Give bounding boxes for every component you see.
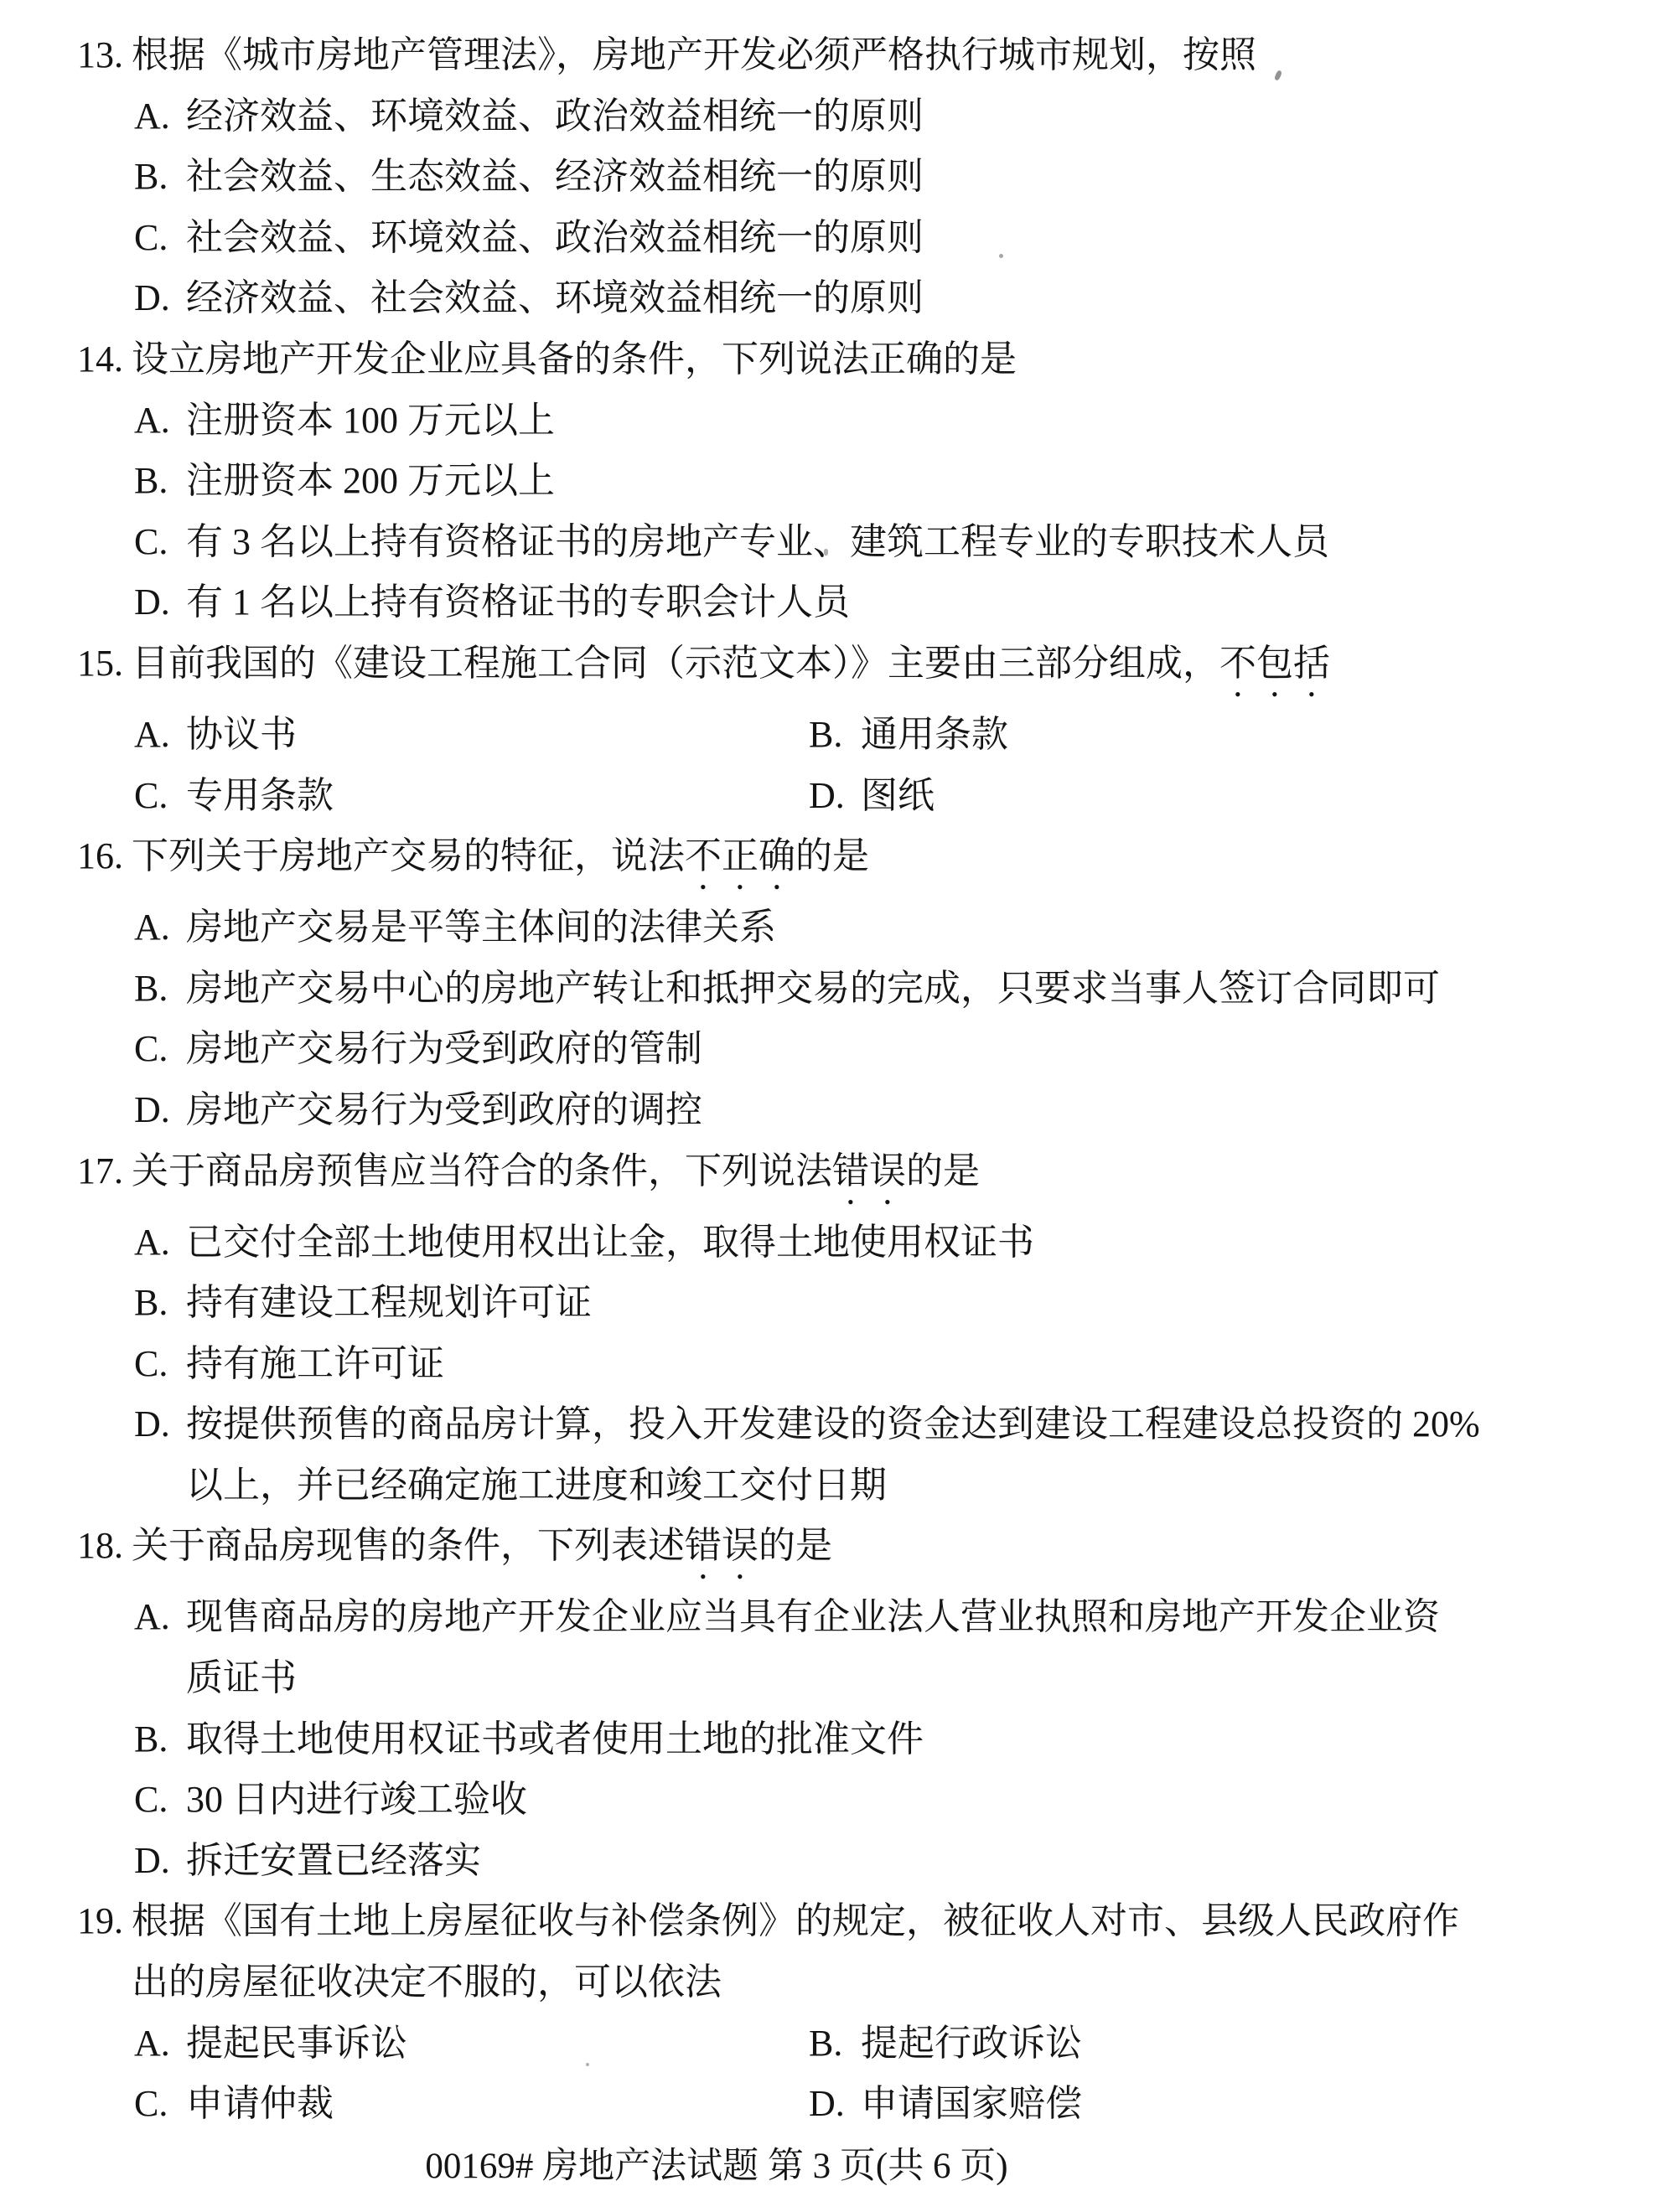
option-line: 30 日内进行竣工验收 — [186, 1779, 527, 1820]
option-line: 协议书 — [186, 714, 297, 755]
option-text: 专用条款 — [186, 766, 809, 827]
option-text: 房地产交易是平等主体间的法律关系 — [186, 897, 1662, 959]
question-stem-row: 14.设立房地产开发企业应具备的条件，下列说法正确的是 — [0, 329, 1662, 390]
option-line: 取得土地使用权证书或者使用土地的批准文件 — [186, 1718, 924, 1760]
questions: 13.根据《城市房地产管理法》，房地产开发必须严格执行城市规划，按照A.经济效益… — [0, 25, 1662, 2135]
option-text: 图纸 — [861, 766, 1662, 827]
option-text: 提起行政诉讼 — [861, 2013, 1662, 2075]
question-stem-row: 19.根据《国有土地上房屋征收与补偿条例》的规定，被征收人对市、县级人民政府作出… — [0, 1891, 1662, 2013]
option-label: D. — [134, 1831, 186, 1892]
question-block: 15.目前我国的《建设工程施工合同（示范文本）》主要由三部分组成，不包括A.协议… — [0, 633, 1662, 826]
option-line: 注册资本 100 万元以上 — [186, 400, 555, 441]
option-row: D.图纸 — [809, 766, 1662, 827]
option-text: 取得土地使用权证书或者使用土地的批准文件 — [186, 1709, 1662, 1770]
option-label: D. — [134, 572, 186, 633]
options-list: A.协议书B.通用条款C.专用条款D.图纸 — [0, 705, 1662, 826]
option-line: 房地产交易行为受到政府的调控 — [186, 1089, 702, 1130]
question-stem: 关于商品房预售应当符合的条件，下列说法错误的是 — [132, 1141, 1662, 1212]
option-text: 房地产交易行为受到政府的管制 — [186, 1019, 1662, 1080]
option-line: 专用条款 — [186, 775, 334, 816]
option-label: A. — [134, 897, 186, 959]
option-line: 房地产交易行为受到政府的管制 — [186, 1028, 702, 1069]
question-block: 18.关于商品房现售的条件，下列表述错误的是A.现售商品房的房地产开发企业应当具… — [0, 1516, 1662, 1891]
option-row: B.取得土地使用权证书或者使用土地的批准文件 — [0, 1709, 1662, 1770]
scan-speck — [586, 2063, 589, 2066]
option-text: 申请仲裁 — [186, 2074, 809, 2135]
option-label: A. — [134, 1587, 186, 1648]
options-list: A.已交付全部土地使用权出让金，取得土地使用权证书B.持有建设工程规划许可证C.… — [0, 1212, 1662, 1517]
option-line: 有 1 名以上持有资格证书的专职会计人员 — [186, 581, 850, 623]
exam-page: 13.根据《城市房地产管理法》，房地产开发必须严格执行城市规划，按照A.经济效益… — [0, 0, 1662, 2212]
page-footer: 00169# 房地产法试题 第 3 页(共 6 页) — [0, 2137, 1433, 2198]
question-number: 16. — [77, 826, 132, 887]
question-stem: 关于商品房现售的条件，下列表述错误的是 — [132, 1516, 1662, 1587]
option-label: B. — [134, 1273, 186, 1334]
option-row: A.提起民事诉讼 — [0, 2013, 809, 2075]
question-number: 13. — [77, 25, 132, 86]
option-label: A. — [134, 86, 186, 147]
option-line: 注册资本 200 万元以上 — [186, 460, 555, 501]
option-text: 已交付全部土地使用权出让金，取得土地使用权证书 — [186, 1212, 1662, 1274]
option-row: D.有 1 名以上持有资格证书的专职会计人员 — [0, 572, 1662, 633]
option-row: B.通用条款 — [809, 705, 1662, 766]
scan-speck — [999, 254, 1003, 258]
option-text: 现售商品房的房地产开发企业应当具有企业法人营业执照和房地产开发企业资质证书 — [186, 1587, 1662, 1708]
option-line: 提起民事诉讼 — [186, 2023, 407, 2064]
option-text: 30 日内进行竣工验收 — [186, 1770, 1662, 1831]
question-stem-row: 13.根据《城市房地产管理法》，房地产开发必须严格执行城市规划，按照 — [0, 25, 1662, 86]
option-pair: C.专用条款D.图纸 — [0, 766, 1662, 827]
stem-segment: 不包括 — [1219, 643, 1330, 684]
option-text: 按提供预售的商品房计算，投入开发建设的资金达到建设工程建设总投资的 20%以上，… — [186, 1394, 1662, 1516]
option-label: D. — [809, 2074, 861, 2135]
option-row: C.30 日内进行竣工验收 — [0, 1770, 1662, 1831]
question-block: 16.下列关于房地产交易的特征，说法不正确的是A.房地产交易是平等主体间的法律关… — [0, 826, 1662, 1140]
question-stem-row: 18.关于商品房现售的条件，下列表述错误的是 — [0, 1516, 1662, 1587]
stem-segment: 不正确 — [685, 835, 795, 876]
question-stem: 根据《国有土地上房屋征收与补偿条例》的规定，被征收人对市、县级人民政府作出的房屋… — [132, 1891, 1662, 2013]
option-label: D. — [134, 268, 186, 329]
option-label: B. — [809, 705, 861, 766]
option-label: D. — [809, 766, 861, 827]
question-stem-row: 16.下列关于房地产交易的特征，说法不正确的是 — [0, 826, 1662, 897]
stem-segment: 出的房屋征收决定不服的，可以依法 — [132, 1961, 722, 2003]
options-list: A.注册资本 100 万元以上B.注册资本 200 万元以上C.有 3 名以上持… — [0, 390, 1662, 633]
option-row: A.现售商品房的房地产开发企业应当具有企业法人营业执照和房地产开发企业资质证书 — [0, 1587, 1662, 1708]
option-label: A. — [134, 2013, 186, 2075]
option-label: D. — [134, 1080, 186, 1141]
question-number: 15. — [77, 633, 132, 695]
question-stem-row: 17.关于商品房预售应当符合的条件，下列说法错误的是 — [0, 1141, 1662, 1212]
option-label: C. — [134, 2074, 186, 2135]
options-list: A.经济效益、环境效益、政治效益相统一的原则B.社会效益、生态效益、经济效益相统… — [0, 86, 1662, 329]
option-text: 经济效益、社会效益、环境效益相统一的原则 — [186, 268, 1662, 329]
option-row: C.持有施工许可证 — [0, 1334, 1662, 1395]
option-text: 持有施工许可证 — [186, 1334, 1662, 1395]
option-text: 协议书 — [186, 705, 809, 766]
option-text: 房地产交易行为受到政府的调控 — [186, 1080, 1662, 1141]
option-row: C.有 3 名以上持有资格证书的房地产专业、建筑工程专业的专职技术人员 — [0, 512, 1662, 573]
question-number: 18. — [77, 1516, 132, 1577]
option-row: B.提起行政诉讼 — [809, 2013, 1662, 2075]
option-row: B.持有建设工程规划许可证 — [0, 1273, 1662, 1334]
option-row: A.经济效益、环境效益、政治效益相统一的原则 — [0, 86, 1662, 147]
stem-segment: 的是 — [906, 1150, 980, 1191]
question-stem: 目前我国的《建设工程施工合同（示范文本）》主要由三部分组成，不包括 — [132, 633, 1662, 705]
option-line: 提起行政诉讼 — [861, 2023, 1082, 2064]
option-label: C. — [134, 1334, 186, 1395]
option-pair: A.协议书B.通用条款 — [0, 705, 1662, 766]
option-label: C. — [134, 1770, 186, 1831]
question-number: 14. — [77, 329, 132, 390]
option-line: 申请国家赔偿 — [861, 2083, 1082, 2124]
option-text: 通用条款 — [861, 705, 1662, 766]
question-number: 19. — [77, 1891, 132, 1952]
option-row: D.房地产交易行为受到政府的调控 — [0, 1080, 1662, 1141]
option-line: 经济效益、社会效益、环境效益相统一的原则 — [186, 277, 924, 318]
option-row: B.注册资本 200 万元以上 — [0, 451, 1662, 512]
stem-segment: 关于商品房现售的条件，下列表述 — [132, 1525, 685, 1566]
option-text: 社会效益、生态效益、经济效益相统一的原则 — [186, 147, 1662, 208]
question-stem-row: 15.目前我国的《建设工程施工合同（示范文本）》主要由三部分组成，不包括 — [0, 633, 1662, 705]
option-line: 经济效益、环境效益、政治效益相统一的原则 — [186, 96, 924, 137]
question-block: 14.设立房地产开发企业应具备的条件，下列说法正确的是A.注册资本 100 万元… — [0, 329, 1662, 633]
stem-segment: 错误 — [832, 1150, 906, 1191]
question-number: 17. — [77, 1141, 132, 1202]
option-line: 房地产交易是平等主体间的法律关系 — [186, 907, 776, 948]
option-row: A.已交付全部土地使用权出让金，取得土地使用权证书 — [0, 1212, 1662, 1274]
option-label: A. — [134, 1212, 186, 1274]
option-line: 质证书 — [186, 1657, 297, 1698]
options-list: A.房地产交易是平等主体间的法律关系B.房地产交易中心的房地产转让和抵押交易的完… — [0, 897, 1662, 1140]
option-label: C. — [134, 208, 186, 269]
scan-speck — [997, 360, 1001, 368]
question-block: 17.关于商品房预售应当符合的条件，下列说法错误的是A.已交付全部土地使用权出让… — [0, 1141, 1662, 1517]
stem-segment: 根据《城市房地产管理法》，房地产开发必须严格执行城市规划，按照 — [132, 34, 1256, 75]
stem-segment: 关于商品房预售应当符合的条件，下列说法 — [132, 1150, 832, 1191]
stem-segment: 设立房地产开发企业应具备的条件，下列说法正确的是 — [132, 339, 1017, 380]
option-pair: C.申请仲裁D.申请国家赔偿 — [0, 2074, 1662, 2135]
option-line: 现售商品房的房地产开发企业应当具有企业法人营业执照和房地产开发企业资 — [186, 1596, 1440, 1637]
stem-segment: 的是 — [795, 835, 869, 876]
option-row: A.注册资本 100 万元以上 — [0, 390, 1662, 452]
option-line: 持有建设工程规划许可证 — [186, 1282, 592, 1323]
stem-segment: 的是 — [759, 1525, 832, 1566]
option-label: A. — [134, 705, 186, 766]
option-row: B.房地产交易中心的房地产转让和抵押交易的完成，只要求当事人签订合同即可 — [0, 959, 1662, 1020]
option-row: C.社会效益、环境效益、政治效益相统一的原则 — [0, 208, 1662, 269]
option-text: 提起民事诉讼 — [186, 2013, 809, 2075]
options-list: A.提起民事诉讼B.提起行政诉讼C.申请仲裁D.申请国家赔偿 — [0, 2013, 1662, 2135]
stem-segment: 下列关于房地产交易的特征，说法 — [132, 835, 685, 876]
option-line: 持有施工许可证 — [186, 1343, 444, 1384]
option-row: B.社会效益、生态效益、经济效益相统一的原则 — [0, 147, 1662, 208]
option-line: 社会效益、环境效益、政治效益相统一的原则 — [186, 217, 924, 258]
option-row: D.拆迁安置已经落实 — [0, 1831, 1662, 1892]
option-row: A.房地产交易是平等主体间的法律关系 — [0, 897, 1662, 959]
option-text: 持有建设工程规划许可证 — [186, 1273, 1662, 1334]
scan-speck — [824, 549, 828, 556]
question-stem: 设立房地产开发企业应具备的条件，下列说法正确的是 — [132, 329, 1662, 390]
stem-segment: 根据《国有土地上房屋征收与补偿条例》的规定，被征收人对市、县级人民政府作 — [132, 1900, 1459, 1941]
option-line: 房地产交易中心的房地产转让和抵押交易的完成，只要求当事人签订合同即可 — [186, 968, 1440, 1009]
option-label: D. — [134, 1394, 186, 1455]
option-row: A.协议书 — [0, 705, 809, 766]
option-label: C. — [134, 1019, 186, 1080]
option-text: 拆迁安置已经落实 — [186, 1831, 1662, 1892]
option-text: 申请国家赔偿 — [861, 2074, 1662, 2135]
option-line: 申请仲裁 — [186, 2083, 334, 2124]
option-row: D.经济效益、社会效益、环境效益相统一的原则 — [0, 268, 1662, 329]
option-line: 按提供预售的商品房计算，投入开发建设的资金达到建设工程建设总投资的 20% — [186, 1403, 1480, 1445]
question-stem: 根据《城市房地产管理法》，房地产开发必须严格执行城市规划，按照 — [132, 25, 1662, 86]
option-label: B. — [134, 147, 186, 208]
option-text: 社会效益、环境效益、政治效益相统一的原则 — [186, 208, 1662, 269]
option-text: 注册资本 100 万元以上 — [186, 390, 1662, 452]
question-stem: 下列关于房地产交易的特征，说法不正确的是 — [132, 826, 1662, 897]
option-label: B. — [809, 2013, 861, 2075]
question-block: 13.根据《城市房地产管理法》，房地产开发必须严格执行城市规划，按照A.经济效益… — [0, 25, 1662, 329]
option-label: B. — [134, 1709, 186, 1770]
option-label: B. — [134, 959, 186, 1020]
option-line: 以上，并已经确定施工进度和竣工交付日期 — [186, 1465, 887, 1506]
option-row: D.申请国家赔偿 — [809, 2074, 1662, 2135]
option-line: 通用条款 — [861, 714, 1008, 755]
option-pair: A.提起民事诉讼B.提起行政诉讼 — [0, 2013, 1662, 2075]
option-text: 房地产交易中心的房地产转让和抵押交易的完成，只要求当事人签订合同即可 — [186, 959, 1662, 1020]
stem-segment: 错误 — [685, 1525, 759, 1566]
option-row: D.按提供预售的商品房计算，投入开发建设的资金达到建设工程建设总投资的 20%以… — [0, 1394, 1662, 1516]
option-label: C. — [134, 766, 186, 827]
option-row: C.房地产交易行为受到政府的管制 — [0, 1019, 1662, 1080]
option-label: B. — [134, 451, 186, 512]
option-line: 有 3 名以上持有资格证书的房地产专业、建筑工程专业的专职技术人员 — [186, 521, 1329, 562]
option-line: 拆迁安置已经落实 — [186, 1840, 481, 1881]
question-block: 19.根据《国有土地上房屋征收与补偿条例》的规定，被征收人对市、县级人民政府作出… — [0, 1891, 1662, 2134]
option-line: 已交付全部土地使用权出让金，取得土地使用权证书 — [186, 1222, 1034, 1263]
option-line: 社会效益、生态效益、经济效益相统一的原则 — [186, 156, 924, 197]
option-text: 有 3 名以上持有资格证书的房地产专业、建筑工程专业的专职技术人员 — [186, 512, 1662, 573]
stem-segment: 目前我国的《建设工程施工合同（示范文本）》主要由三部分组成， — [132, 643, 1219, 684]
option-text: 经济效益、环境效益、政治效益相统一的原则 — [186, 86, 1662, 147]
option-text: 有 1 名以上持有资格证书的专职会计人员 — [186, 572, 1662, 633]
option-row: C.申请仲裁 — [0, 2074, 809, 2135]
option-line: 图纸 — [861, 775, 935, 816]
options-list: A.现售商品房的房地产开发企业应当具有企业法人营业执照和房地产开发企业资质证书B… — [0, 1587, 1662, 1891]
option-row: C.专用条款 — [0, 766, 809, 827]
option-label: C. — [134, 512, 186, 573]
option-text: 注册资本 200 万元以上 — [186, 451, 1662, 512]
option-label: A. — [134, 390, 186, 452]
